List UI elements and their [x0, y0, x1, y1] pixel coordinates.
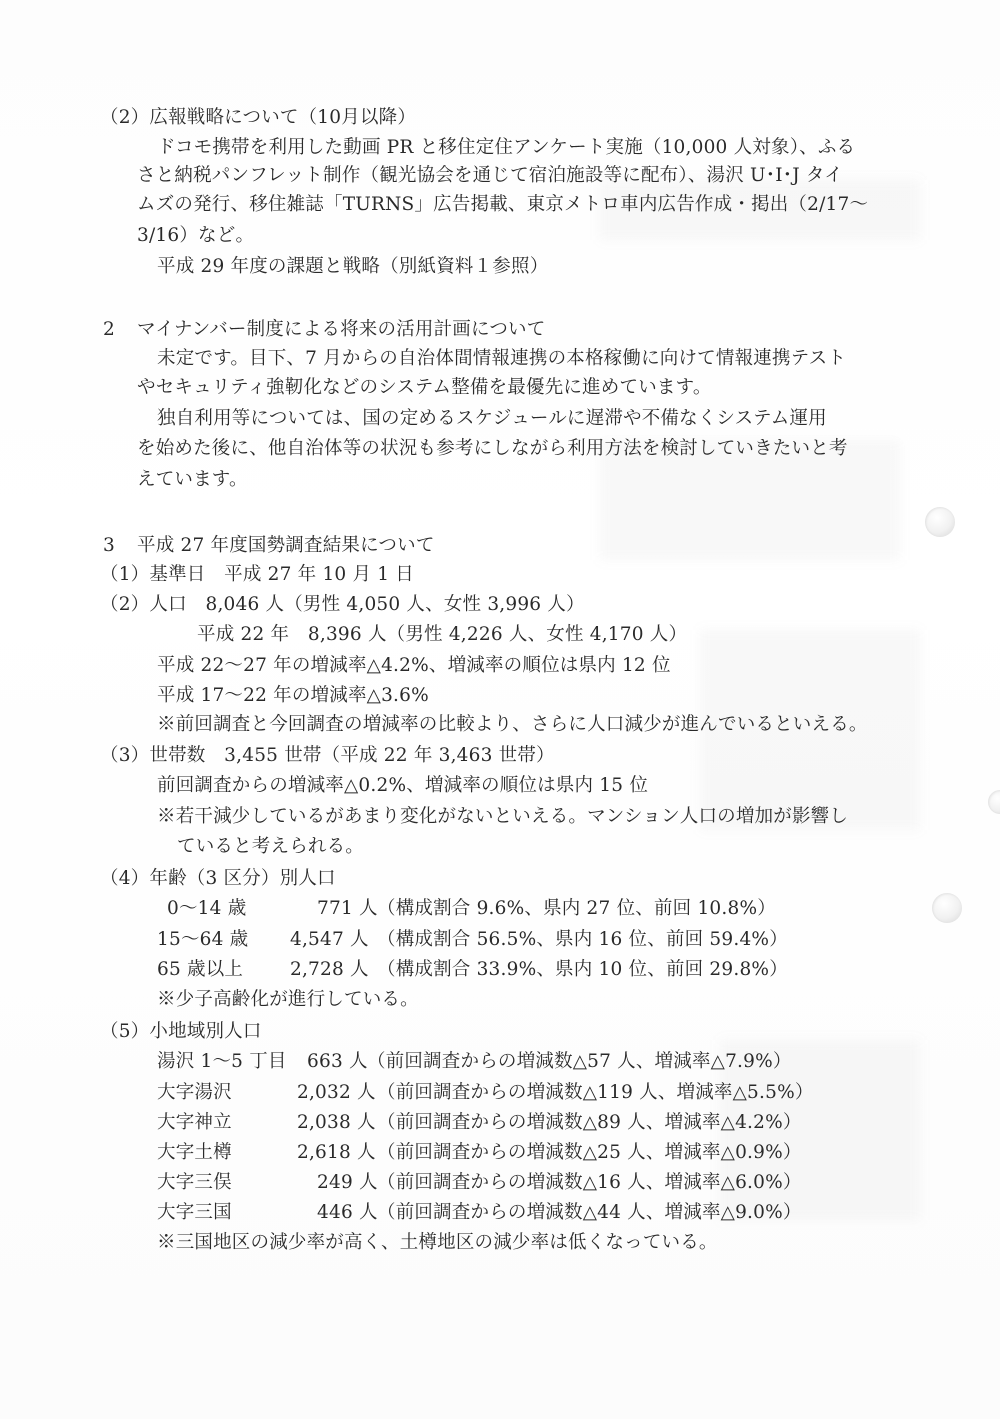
- age-detail: （構成割合 56.5%、県内 16 位、前回 59.4%）: [377, 929, 788, 951]
- area-label: 大字神立: [157, 1112, 232, 1134]
- body-text: を始めた後に、他自治体等の状況も参考にしながら利用方法を検討していきたいと考: [137, 438, 848, 460]
- area-detail: （前回調査からの増減数△119 人、増減率△5.5%）: [377, 1082, 814, 1104]
- punch-hole: [932, 893, 962, 923]
- body-text: さと納税パンフレット制作（観光協会を通じて宿泊施設等に配布）、湯沢 U･I･J …: [137, 165, 843, 187]
- note-text: ※三国地区の減少率が高く、土樽地区の減少率は低くなっている。: [157, 1232, 718, 1254]
- age-detail: （構成割合 33.9%、県内 10 位、前回 29.8%）: [377, 959, 788, 981]
- subsection-heading: （5）小地域別人口: [100, 1021, 262, 1043]
- area-value: 249 人: [317, 1172, 378, 1194]
- note-text: ※若干減少しているがあまり変化がないといえる。マンション人口の増加が影響し: [157, 806, 848, 828]
- area-label: 大字湯沢: [157, 1082, 232, 1104]
- section-title: 平成 27 年度国勢調査結果について: [137, 535, 435, 557]
- age-value: 4,547 人: [290, 929, 369, 951]
- body-text: 3/16）など。: [137, 225, 254, 247]
- area-detail: （前回調査からの増減数△25 人、増減率△0.9%）: [377, 1142, 802, 1164]
- note-text: ※少子高齢化が進行している。: [157, 989, 419, 1011]
- note-text: ※前回調査と今回調査の増減率の比較より、さらに人口減少が進んでいるといえる。: [157, 714, 868, 736]
- age-label: 15〜64 歳: [157, 929, 248, 951]
- body-text: 前回調査からの増減率△0.2%、増減率の順位は県内 15 位: [157, 775, 648, 797]
- area-value: 2,032 人: [297, 1082, 376, 1104]
- area-value: 663 人: [307, 1051, 368, 1073]
- area-label: 大字土樽: [157, 1142, 232, 1164]
- area-label: 大字三国: [157, 1202, 232, 1224]
- area-label: 大字三俣: [157, 1172, 232, 1194]
- area-detail: （前回調査からの増減数△16 人、増減率△6.0%）: [377, 1172, 802, 1194]
- age-label: 65 歳以上: [157, 959, 243, 981]
- subsection-heading: （2）人口 8,046 人（男性 4,050 人、女性 3,996 人）: [100, 594, 585, 616]
- body-text: ドコモ携帯を利用した動画 PR と移住定住アンケート実施（10,000 人対象）…: [157, 137, 855, 159]
- section-number: 2: [103, 319, 115, 341]
- area-detail: （前回調査からの増減数△89 人、増減率△4.2%）: [377, 1112, 802, 1134]
- section-heading: （2）広報戦略について（10月以降）: [100, 107, 416, 129]
- body-text: えています。: [137, 469, 248, 491]
- body-text: 独自利用等については、国の定めるスケジュールに遅滞や不備なくシステム運用: [157, 408, 827, 430]
- subsection-heading: （3）世帯数 3,455 世帯（平成 22 年 3,463 世帯）: [100, 745, 555, 767]
- punch-hole: [925, 507, 955, 537]
- punch-hole-partial: [988, 790, 1000, 814]
- area-detail: （前回調査からの増減数△44 人、増減率△9.0%）: [377, 1202, 802, 1224]
- area-detail: （前回調査からの増減数△57 人、増減率△7.9%）: [367, 1051, 792, 1073]
- body-text: 平成 17〜22 年の増減率△3.6%: [157, 685, 429, 707]
- section-title: マイナンバー制度による将来の活用計画について: [137, 319, 545, 341]
- area-value: 2,618 人: [297, 1142, 376, 1164]
- age-label: 0〜14 歳: [167, 898, 246, 920]
- age-value: 771 人: [317, 898, 378, 920]
- subsection-heading: （4）年齢（3 区分）別人口: [100, 868, 336, 890]
- subsection-heading: （1）基準日 平成 27 年 10 月 1 日: [100, 564, 414, 586]
- section-number: 3: [103, 535, 115, 557]
- note-text: ていると考えられる。: [177, 836, 364, 858]
- body-text: 平成 22〜27 年の増減率△4.2%、増減率の順位は県内 12 位: [157, 655, 671, 677]
- age-detail: （構成割合 9.6%、県内 27 位、前回 10.8%）: [377, 898, 776, 920]
- body-text: 平成 29 年度の課題と戦略（別紙資料１参照）: [157, 256, 548, 278]
- body-text: 平成 22 年 8,396 人（男性 4,226 人、女性 4,170 人）: [197, 624, 687, 646]
- body-text: やセキュリティ強靭化などのシステム整備を最優先に進めています。: [137, 377, 712, 399]
- body-text: 未定です。目下、7 月からの自治体間情報連携の本格稼働に向けて情報連携テスト: [157, 348, 846, 370]
- area-label: 湯沢 1〜5 丁目: [157, 1051, 287, 1073]
- area-value: 446 人: [317, 1202, 378, 1224]
- body-text: ムズの発行、移住雑誌「TURNS」広告掲載、東京メトロ車内広告作成・掲出（2/1…: [137, 194, 868, 216]
- age-value: 2,728 人: [290, 959, 369, 981]
- scanned-page: （2）広報戦略について（10月以降） ドコモ携帯を利用した動画 PR と移住定住…: [0, 0, 1000, 1419]
- area-value: 2,038 人: [297, 1112, 376, 1134]
